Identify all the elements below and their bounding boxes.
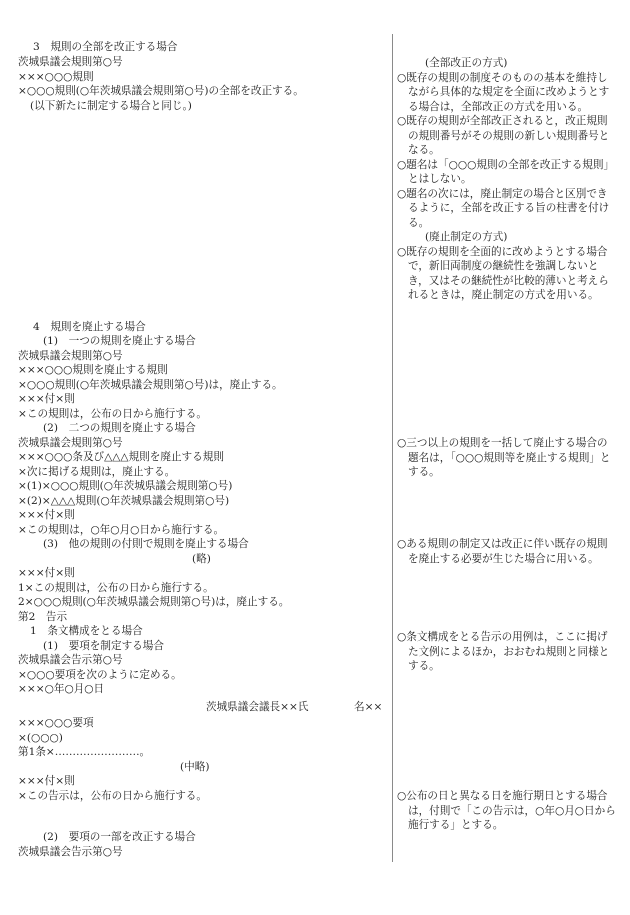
signer-name: 名×× [354, 700, 382, 714]
note-item: ○ある規則の制定又は改正に伴い既存の規則を廃止する必要が生じた場合に用いる。 [397, 537, 617, 566]
section-3-heading: 3 規則の全部を改正する場合 [33, 40, 177, 54]
note-item: ○既存の規則を全面的に改めようとする場合で，新旧両制度の継続性を強調しないとき，… [397, 245, 617, 303]
supplementary-heading: ×××付×則 [18, 774, 75, 788]
rule-note: (以下新たに制定する場合と同じ。) [30, 99, 192, 113]
full-revision-notes: (全部改正の方式) ○既存の規則の制度そのものの基本を維持しながら具体的な規定を… [397, 56, 617, 303]
rule-number: 茨城県議会規則第○号 [18, 436, 123, 450]
effective-date-note: ○公布の日と異なる日を施行期日とする場合は，付則で「この告示は，○年○月○日から… [397, 789, 617, 833]
section-1-heading: 1 条文構成をとる場合 [30, 624, 143, 638]
repeal-by-supplementary-note: ○ある規則の制定又は改正に伴い既存の規則を廃止する必要が生じた場合に用いる。 [397, 537, 617, 566]
notice-number: 茨城県議会告示第○号 [18, 845, 123, 859]
note-heading: (廃止制定の方式) [397, 230, 617, 245]
section-4-heading: 4 規則を廃止する場合 [33, 320, 146, 334]
notice-number: 茨城県議会告示第○号 [18, 653, 123, 667]
notice-article-note: ○条文構成をとる告示の用例は，ここに掲げた文例によるほか，おおむね規則と同様とす… [397, 630, 617, 674]
rule-item: ×(1)×○○○規則(○年茨城県議会規則第○号) [18, 479, 232, 493]
note-item: ○既存の規則が全部改正されると，改正規則の規則番号がその規則の新しい規則番号とな… [397, 114, 617, 158]
supplementary-body: 1×この規則は，公布の日から施行する。 [18, 581, 214, 595]
note-item: ○既存の規則の制度そのものの基本を維持しながら具体的な規定を全面に改めようとする… [397, 71, 617, 115]
note-item: ○公布の日と異なる日を施行期日とする場合は，付則で「この告示は，○年○月○日から… [397, 789, 617, 833]
notice-title: ×××○○○要項 [18, 716, 94, 730]
rule-title: ×××○○○条及び△△△規則を廃止する規則 [18, 450, 224, 464]
supplementary-body: ×この告示は，公布の日から施行する。 [18, 789, 207, 803]
supplementary-body: 2×○○○規則(○年茨城県議会規則第○号)は，廃止する。 [18, 595, 289, 609]
note-item: ○三つ以上の規則を一括して廃止する場合の題名は，「○○○規則等を廃止する規則」と… [397, 436, 617, 480]
note-item: ○題名は「○○○規則の全部を改正する規則」とはしない。 [397, 158, 617, 187]
rule-item: ×(2)×△△△規則(○年茨城県議会規則第○号) [18, 494, 229, 508]
part-2-heading: 第2 告示 [18, 610, 67, 624]
notice-date: ×××○年○月○日 [18, 682, 104, 696]
subsection-heading: (1) 一つの規則を廃止する場合 [43, 334, 196, 348]
article-1: 第1条×……………………。 [18, 745, 150, 759]
rule-body: ×○○○規則(○年茨城県議会規則第○号)の全部を改正する。 [18, 84, 304, 98]
subsection-heading: (2) 要項の一部を改正する場合 [43, 830, 196, 844]
omitted-note: (中略) [180, 760, 209, 774]
column-divider [392, 34, 393, 862]
supplementary-body: ×この規則は，公布の日から施行する。 [18, 407, 207, 421]
rule-number: 茨城県議会規則第○号 [18, 55, 123, 69]
signer-title: 茨城県議会議長××氏 [206, 700, 309, 714]
supplementary-body: ×この規則は，○年○月○日から施行する。 [18, 523, 224, 537]
supplementary-heading: ×××付×則 [18, 566, 75, 580]
note-heading: (全部改正の方式) [397, 56, 617, 71]
rule-body: ×次に掲げる規則は，廃止する。 [18, 465, 175, 479]
article-caption: ×(○○○) [18, 731, 63, 745]
subsection-heading: (3) 他の規則の付則で規則を廃止する場合 [43, 537, 249, 551]
supplementary-heading: ×××付×則 [18, 392, 75, 406]
rule-body: ×○○○規則(○年茨城県議会規則第○号)は，廃止する。 [18, 378, 283, 392]
bulk-repeal-note: ○三つ以上の規則を一括して廃止する場合の題名は，「○○○規則等を廃止する規則」と… [397, 436, 617, 480]
rule-number: 茨城県議会規則第○号 [18, 349, 123, 363]
subsection-heading: (2) 二つの規則を廃止する場合 [43, 421, 196, 435]
note-item: ○題名の次には，廃止制定の場合と区別できるように，全部を改正する旨の柱書を付ける… [397, 187, 617, 231]
rule-title: ×××○○○規則を廃止する規則 [18, 363, 168, 377]
note-item: ○条文構成をとる告示の用例は，ここに掲げた文例によるほか，おおむね規則と同様とす… [397, 630, 617, 674]
omitted-note: (略) [192, 552, 211, 566]
subsection-heading: (1) 要項を制定する場合 [43, 639, 164, 653]
rule-title: ×××○○○規則 [18, 70, 94, 84]
supplementary-heading: ×××付×則 [18, 508, 75, 522]
notice-body: ×○○○要項を次のように定める。 [18, 668, 182, 682]
